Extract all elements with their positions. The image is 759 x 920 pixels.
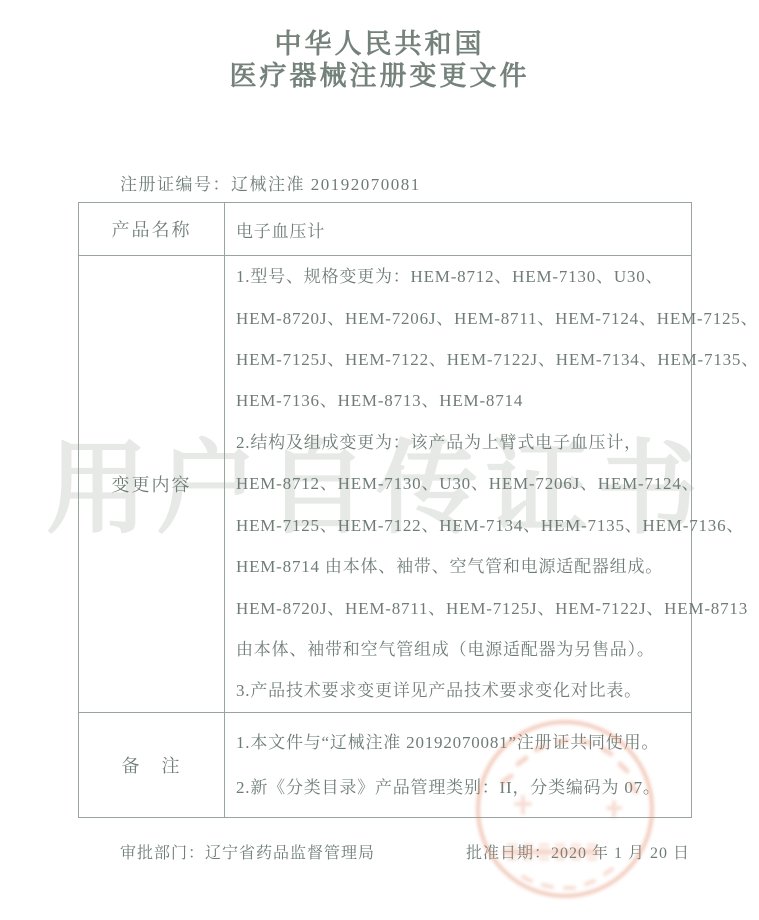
approval-date-label: 批准日期： (466, 845, 551, 862)
approval-date-value: 2020 年 1 月 20 日 (551, 845, 690, 862)
registration-number-value: 辽械注准 20192070081 (231, 175, 421, 194)
remarks-line: 2.新《分类目录》产品管理类别：II，分类编码为 07。 (236, 765, 685, 810)
table-row-remarks: 备 注 1.本文件与“辽械注准 20192070081”注册证共同使用。 2.新… (79, 712, 691, 817)
change-content-line: 3.产品技术要求变更详见产品技术要求变化对比表。 (236, 670, 759, 711)
registration-number-line: 注册证编号：辽械注准 20192070081 (120, 170, 421, 195)
approval-department-label: 审批部门： (120, 845, 205, 862)
table-row-product-name: 产品名称 电子血压计 (79, 203, 691, 255)
change-content-line: 1.型号、规格变更为：HEM-8712、HEM-7130、U30、 (236, 256, 759, 297)
change-content-line: HEM-8720J、HEM-8711、HEM-7125J、HEM-7122J、H… (236, 588, 759, 629)
registration-change-table: 产品名称 电子血压计 变更内容 1.型号、规格变更为：HEM-8712、HEM-… (78, 202, 692, 818)
change-content-line: HEM-7125J、HEM-7122、HEM-7122J、HEM-7134、HE… (236, 339, 759, 380)
approval-department: 审批部门：辽宁省药品监督管理局 (120, 840, 375, 863)
registration-number-label: 注册证编号： (120, 175, 231, 194)
remarks-line: 1.本文件与“辽械注准 20192070081”注册证共同使用。 (236, 720, 685, 765)
change-content-line: HEM-8720J、HEM-7206J、HEM-8711、HEM-7124、HE… (236, 298, 759, 339)
remarks-cell: 1.本文件与“辽械注准 20192070081”注册证共同使用。 2.新《分类目… (225, 713, 691, 817)
product-name-value: 电子血压计 (236, 217, 685, 242)
change-content-cell: 1.型号、规格变更为：HEM-8712、HEM-7130、U30、 HEM-87… (225, 256, 759, 712)
change-content-line: HEM-8712、HEM-7130、U30、HEM-7206J、HEM-7124… (236, 463, 759, 504)
document-page: 用户自传证书 中华人民共和国 医疗器械注册变更文件 注册证编号：辽械注准 201… (0, 0, 759, 920)
approval-date: 批准日期：2020 年 1 月 20 日 (466, 840, 690, 863)
change-content-line: HEM-7136、HEM-8713、HEM-8714 (236, 380, 759, 421)
table-row-change-content: 变更内容 1.型号、规格变更为：HEM-8712、HEM-7130、U30、 H… (79, 255, 691, 712)
change-content-line: 2.结构及组成变更为：该产品为上臂式电子血压计， (236, 422, 759, 463)
remarks-label: 备 注 (79, 713, 225, 817)
change-content-line: HEM-7125、HEM-7122、HEM-7134、HEM-7135、HEM-… (236, 505, 759, 546)
change-content-label: 变更内容 (79, 256, 225, 712)
approval-department-value: 辽宁省药品监督管理局 (205, 845, 375, 862)
title-line-2: 医疗器械注册变更文件 (0, 60, 759, 92)
title-line-1: 中华人民共和国 (0, 28, 759, 60)
change-content-line: HEM-8714 由本体、袖带、空气管和电源适配器组成。 (236, 546, 759, 587)
product-name-label: 产品名称 (79, 203, 225, 255)
change-content-line: 由本体、袖带和空气管组成（电源适配器为另售品）。 (236, 629, 759, 670)
product-name-value-cell: 电子血压计 (225, 203, 691, 255)
document-header: 中华人民共和国 医疗器械注册变更文件 (0, 28, 759, 92)
